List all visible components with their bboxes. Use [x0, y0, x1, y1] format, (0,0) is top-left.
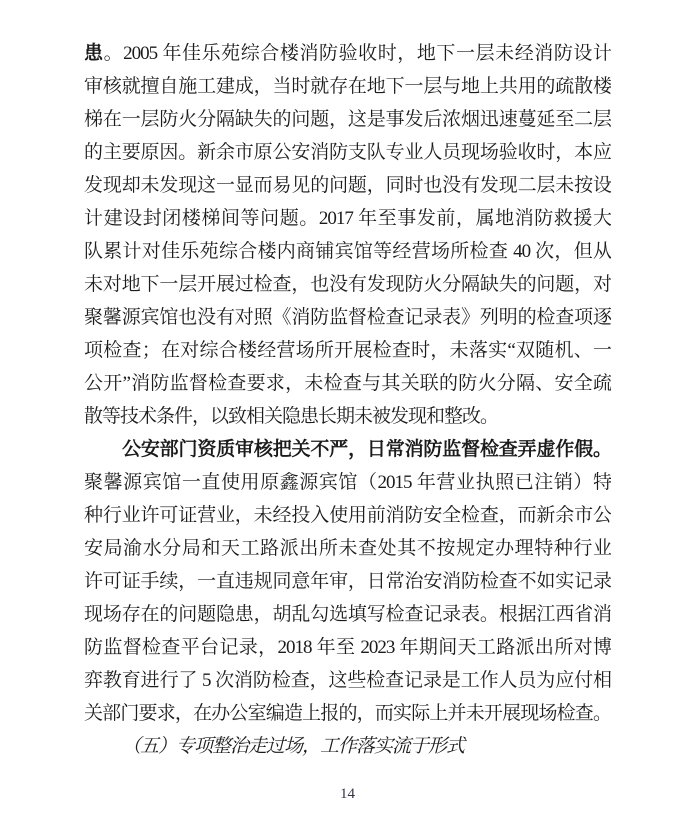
- text-line: 梯在一层防火分隔缺失的问题，这是事发后浓烟迅速蔓延至二层: [84, 103, 611, 136]
- text-segment: 种行业许可证营业，未经投入使用前消防安全检查，而新余市公: [84, 505, 611, 526]
- text-line: 防监督检查平台记录，2018 年至 2023 年期间天工路派出所对博: [84, 631, 611, 664]
- document-page: 患。2005 年佳乐苑综合楼消防验收时，地下一层未经消防设计审核就擅自施工建成，…: [0, 0, 688, 831]
- text-segment: 聚馨源宾馆也没有对照《消防监督检查记录表》列明的检查项逐: [84, 307, 611, 328]
- text-segment: 未对地下一层开展过检查，也没有发现防火分隔缺失的问题，对: [84, 274, 611, 295]
- bold-text-segment: 患: [84, 43, 104, 64]
- text-segment: 发现却未发现这一显而易见的问题，同时也没有发现二层未按设: [84, 175, 611, 196]
- text-segment: 计建设封闭楼梯间等问题。2017 年至事发前，属地消防救援大: [84, 208, 611, 229]
- text-line: （五）专项整治走过场，工作落实流于形式: [84, 730, 611, 763]
- paragraph-fire-acceptance-inspection: 患。2005 年佳乐苑综合楼消防验收时，地下一层未经消防设计审核就擅自施工建成，…: [84, 37, 611, 433]
- bold-text-segment: 公安部门资质审核把关不严，日常消防监督检查弄虚作假。: [122, 439, 611, 460]
- text-line: 项检查；在对综合楼经营场所开展检查时，未落实“双随机、一: [84, 334, 611, 367]
- text-line: 计建设封闭楼梯间等问题。2017 年至事发前，属地消防救援大: [84, 202, 611, 235]
- text-segment: 安局渝水分局和天工路派出所未查处其不按规定办理特种行业: [84, 538, 611, 559]
- text-line: 发现却未发现这一显而易见的问题，同时也没有发现二层未按设: [84, 169, 611, 202]
- heading-section-five: （五）专项整治走过场，工作落实流于形式: [84, 730, 611, 763]
- text-segment: 队累计对佳乐苑综合楼内商铺宾馆等经营场所检查 40 次，但从: [84, 241, 611, 262]
- text-segment: 弈教育进行了 5 次消防检查，这些检查记录是工作人员为应付相: [84, 670, 611, 691]
- text-segment: 聚馨源宾馆一直使用原鑫源宾馆（2015 年营业执照已注销）特: [84, 472, 611, 493]
- text-segment: 防监督检查平台记录，2018 年至 2023 年期间天工路派出所对博: [84, 637, 611, 658]
- text-line: 公开”消防监督检查要求，未检查与其关联的防火分隔、安全疏: [84, 367, 611, 400]
- text-line: 聚馨源宾馆一直使用原鑫源宾馆（2015 年营业执照已注销）特: [84, 466, 611, 499]
- text-line: 安局渝水分局和天工路派出所未查处其不按规定办理特种行业: [84, 532, 611, 565]
- text-line: 未对地下一层开展过检查，也没有发现防火分隔缺失的问题，对: [84, 268, 611, 301]
- text-line: 种行业许可证营业，未经投入使用前消防安全检查，而新余市公: [84, 499, 611, 532]
- document-body: 患。2005 年佳乐苑综合楼消防验收时，地下一层未经消防设计审核就擅自施工建成，…: [84, 37, 611, 763]
- text-line: 队累计对佳乐苑综合楼内商铺宾馆等经营场所检查 40 次，但从: [84, 235, 611, 268]
- text-segment: 梯在一层防火分隔缺失的问题，这是事发后浓烟迅速蔓延至二层: [84, 109, 611, 130]
- text-line: 现场存在的问题隐患，胡乱勾选填写检查记录表。根据江西省消: [84, 598, 611, 631]
- text-segment: 的主要原因。新余市原公安消防支队专业人员现场验收时，本应: [84, 142, 611, 163]
- page-number: 14: [84, 784, 611, 804]
- text-line: 许可证手续，一直违规同意年审，日常治安消防检查不如实记录: [84, 565, 611, 598]
- text-segment: 现场存在的问题隐患，胡乱勾选填写检查记录表。根据江西省消: [84, 604, 611, 625]
- text-segment: 。2005 年佳乐苑综合楼消防验收时，地下一层未经消防设计: [104, 43, 611, 64]
- text-line: 的主要原因。新余市原公安消防支队专业人员现场验收时，本应: [84, 136, 611, 169]
- text-segment: 公开”消防监督检查要求，未检查与其关联的防火分隔、安全疏: [84, 373, 611, 394]
- paragraph-public-security-review: 公安部门资质审核把关不严，日常消防监督检查弄虚作假。聚馨源宾馆一直使用原鑫源宾馆…: [84, 433, 611, 730]
- text-line: 弈教育进行了 5 次消防检查，这些检查记录是工作人员为应付相: [84, 664, 611, 697]
- text-line: 患。2005 年佳乐苑综合楼消防验收时，地下一层未经消防设计: [84, 37, 611, 70]
- text-segment: 审核就擅自施工建成，当时就存在地下一层与地上共用的疏散楼: [84, 76, 611, 97]
- text-segment: 关部门要求，在办公室编造上报的，而实际上并未开展现场检查。: [84, 703, 611, 724]
- text-line: 审核就擅自施工建成，当时就存在地下一层与地上共用的疏散楼: [84, 70, 611, 103]
- text-line: 散等技术条件，以致相关隐患长期未被发现和整改。: [84, 400, 611, 433]
- text-line: 聚馨源宾馆也没有对照《消防监督检查记录表》列明的检查项逐: [84, 301, 611, 334]
- text-segment: 项检查；在对综合楼经营场所开展检查时，未落实“双随机、一: [84, 340, 611, 361]
- text-line: 关部门要求，在办公室编造上报的，而实际上并未开展现场检查。: [84, 697, 611, 730]
- text-segment: 许可证手续，一直违规同意年审，日常治安消防检查不如实记录: [84, 571, 611, 592]
- text-segment: （五）专项整治走过场，工作落实流于形式: [122, 736, 464, 757]
- text-segment: 散等技术条件，以致相关隐患长期未被发现和整改。: [84, 406, 498, 427]
- text-line: 公安部门资质审核把关不严，日常消防监督检查弄虚作假。: [84, 433, 611, 466]
